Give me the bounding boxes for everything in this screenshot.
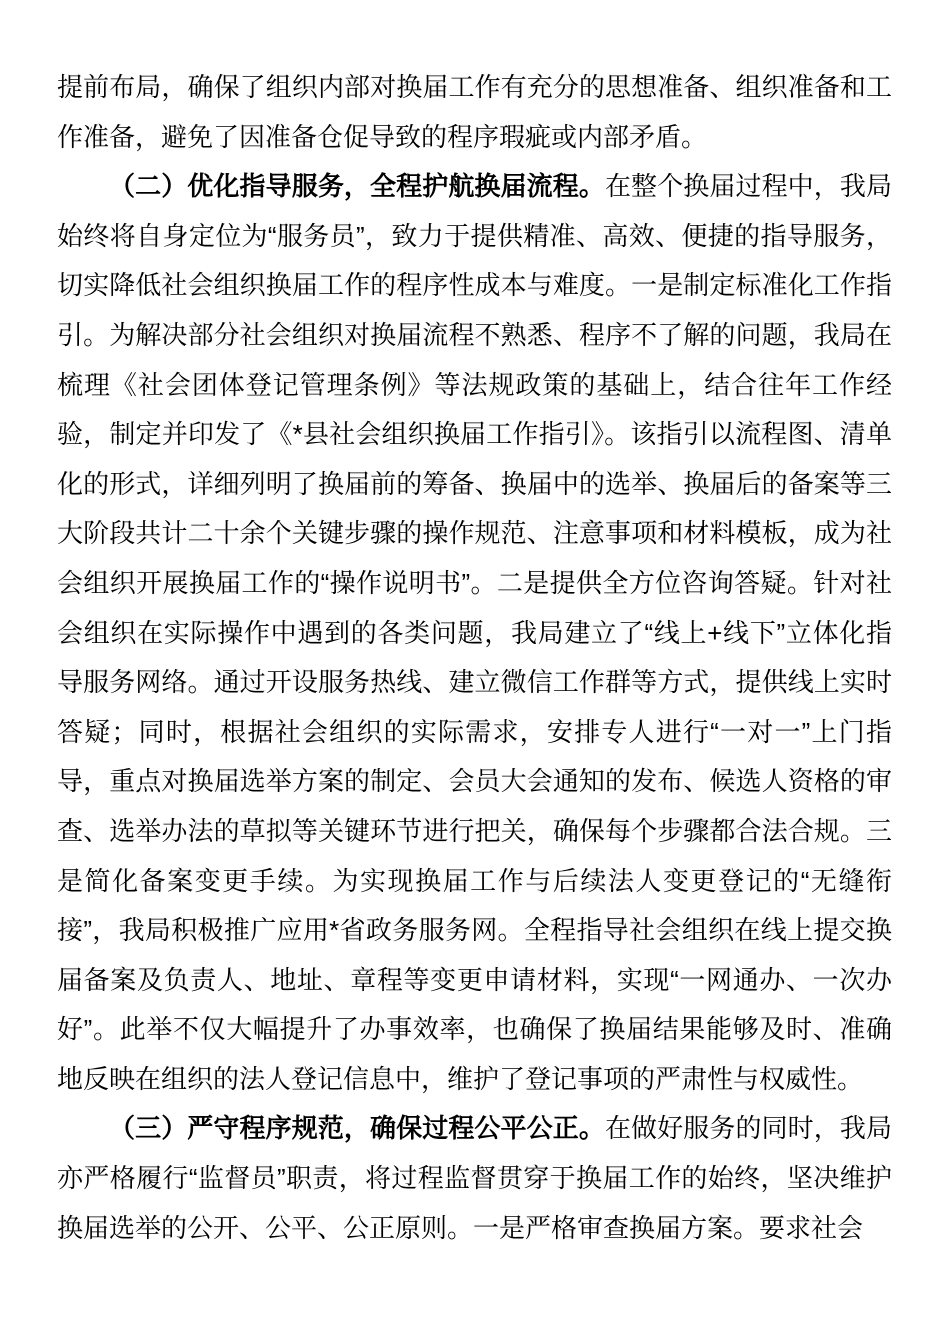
document-page: 提前布局，确保了组织内部对换届工作有充分的思想准备、组织准备和工作准备，避免了因… — [0, 0, 950, 1344]
paragraph-text: 在整个换届过程中，我局始终将自身定位为“服务员”，致力于提供精准、高效、便捷的指… — [57, 171, 892, 1094]
paragraph: 提前布局，确保了组织内部对换届工作有充分的思想准备、组织准备和工作准备，避免了因… — [57, 63, 892, 162]
document-body: 提前布局，确保了组织内部对换届工作有充分的思想准备、组织准备和工作准备，避免了因… — [57, 63, 892, 1253]
section-heading: （二）优化指导服务，全程护航换届流程。 — [109, 171, 605, 201]
section-heading: （三）严守程序规范，确保过程公平公正。 — [109, 1113, 605, 1143]
paragraph-text: 提前布局，确保了组织内部对换届工作有充分的思想准备、组织准备和工作准备，避免了因… — [57, 72, 892, 152]
paragraph: （三）严守程序规范，确保过程公平公正。在做好服务的同时，我局亦严格履行“监督员”… — [57, 1104, 892, 1253]
paragraph: （二）优化指导服务，全程护航换届流程。在整个换届过程中，我局始终将自身定位为“服… — [57, 162, 892, 1104]
